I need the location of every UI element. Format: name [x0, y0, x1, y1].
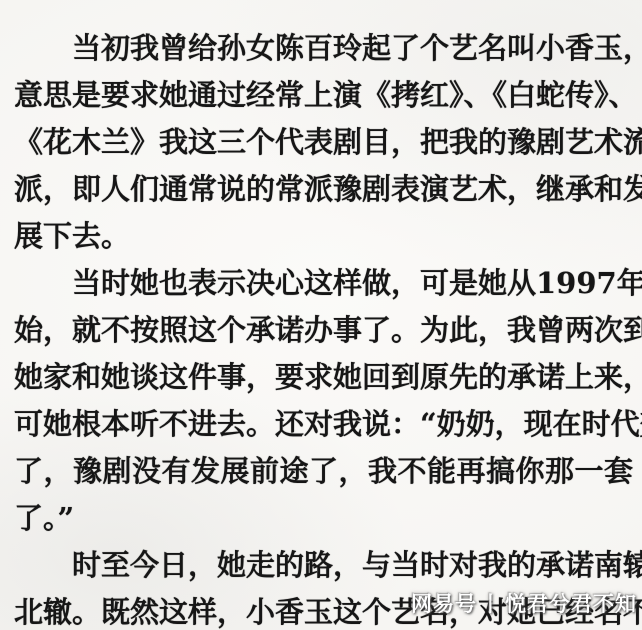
text-line: 可她根本听不进去。还对我说：“奶奶，现在时代变 — [14, 401, 633, 448]
text-line: 了。” — [14, 495, 633, 542]
text-line: 派，即人们通常说的常派豫剧表演艺术，继承和发 — [14, 166, 633, 213]
watermark: 网易号丨悦君兮君不知 — [411, 588, 637, 618]
text-line: 《花木兰》我这三个代表剧目，把我的豫剧艺术流 — [14, 119, 633, 166]
text-line: 了，豫剧没有发展前途了，我不能再搞你那一套 — [14, 448, 633, 495]
watermark-brand: 网易号 — [411, 593, 477, 616]
text-line: 展下去。 — [14, 213, 633, 260]
text-line: 当时她也表示决心这样做，可是她从1997年开 — [14, 260, 633, 307]
text-line: 她家和她谈这件事，要求她回到原先的承诺上来， — [14, 354, 633, 401]
document-photo-page: 当初我曾给孙女陈百玲起了个艺名叫小香玉， 意思是要求她通过经常上演《拷红》、《白… — [0, 0, 642, 630]
body-text: 当初我曾给孙女陈百玲起了个艺名叫小香玉， 意思是要求她通过经常上演《拷红》、《白… — [14, 25, 633, 630]
text-line: 始，就不按照这个承诺办事了。为此，我曾两次到 — [14, 307, 633, 354]
text-line: 当初我曾给孙女陈百玲起了个艺名叫小香玉， — [14, 25, 633, 72]
watermark-divider: 丨 — [477, 593, 505, 616]
text-line: 意思是要求她通过经常上演《拷红》、《白蛇传》、 — [14, 72, 633, 119]
text-line: 时至今日，她走的路，与当时对我的承诺南辕 — [14, 542, 633, 589]
watermark-account: 悦君兮君不知 — [505, 593, 637, 616]
